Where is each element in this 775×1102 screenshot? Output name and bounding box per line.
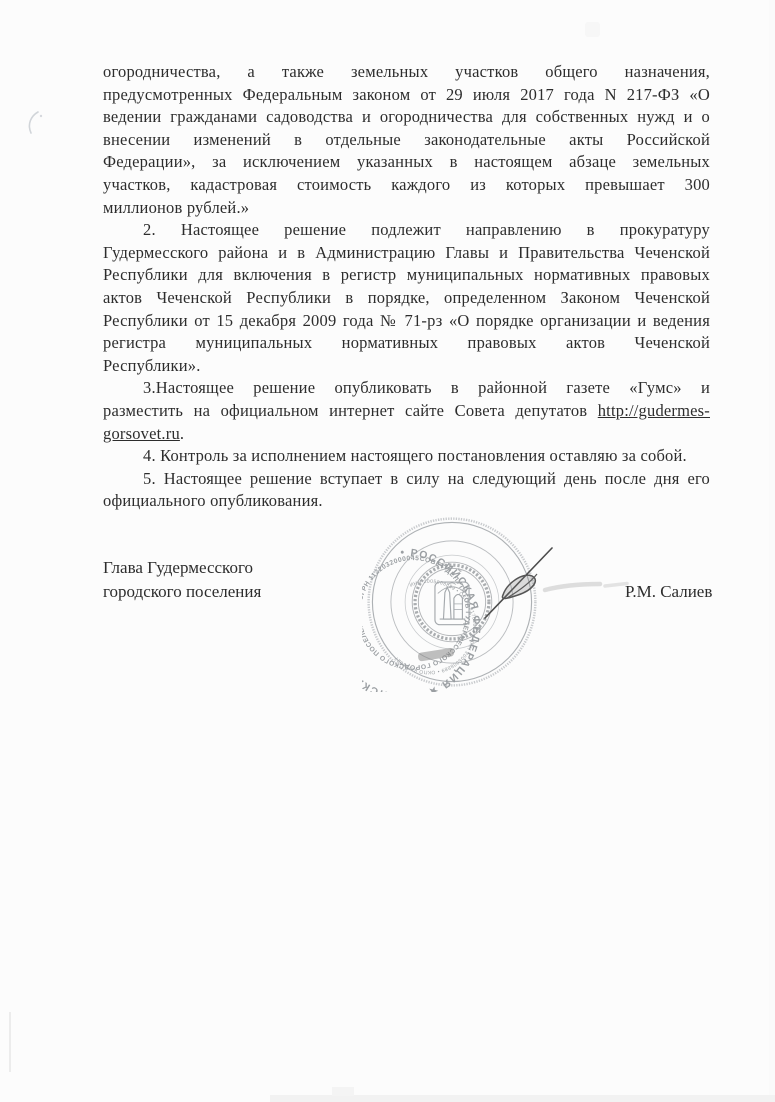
- text-line: gorsovet.ru.: [103, 423, 710, 446]
- text-line: 2. Настоящее решение подлежит направлени…: [103, 219, 710, 242]
- paragraph: 4. Контроль за исполнением настоящего по…: [103, 445, 710, 468]
- text-line: 5. Настоящее решение вступает в силу на …: [103, 468, 710, 491]
- website-link: gorsovet.ru: [103, 424, 180, 443]
- paragraph: 2. Настоящее решение подлежит направлени…: [103, 219, 710, 377]
- text-line: миллионов рублей.»: [103, 197, 710, 220]
- text-segment: Республики для включения в регистр муниц…: [103, 265, 710, 284]
- paragraph: 5. Настоящее решение вступает в силу на …: [103, 468, 710, 513]
- text-segment: 3.Настоящее решение опубликовать в район…: [143, 378, 710, 397]
- text-line: Федерации», за исключением указанных в н…: [103, 151, 710, 174]
- text-line: разместить на официальном интернет сайте…: [103, 400, 710, 423]
- text-segment: Гудермесского района и в Администрацию Г…: [103, 243, 710, 262]
- text-line: 3.Настоящее решение опубликовать в район…: [103, 377, 710, 400]
- text-segment: Федерации», за исключением указанных в н…: [103, 152, 710, 171]
- text-line: регистра муниципальных нормативных право…: [103, 332, 710, 355]
- document-body: огородничества, а также земельных участк…: [103, 61, 710, 513]
- text-line: 4. Контроль за исполнением настоящего по…: [103, 445, 710, 468]
- text-segment: актов Чеченской Республики в порядке, оп…: [103, 288, 710, 307]
- text-segment: огородничества, а также земельных участк…: [103, 62, 710, 81]
- signatory-title-line: городского поселения: [103, 580, 261, 604]
- text-segment: Республики от 15 декабря 2009 года № 71-…: [103, 311, 710, 330]
- text-segment: .: [180, 424, 184, 443]
- text-segment: участков, кадастровая стоимость каждого …: [103, 175, 710, 194]
- scan-smudge: [585, 22, 600, 37]
- paragraph: огородничества, а также земельных участк…: [103, 61, 710, 219]
- text-segment: ведении гражданами садоводства и огородн…: [103, 107, 710, 126]
- text-segment: Республики».: [103, 356, 201, 375]
- text-segment: внесении изменений в отдельные законодат…: [103, 130, 710, 149]
- pen-mark: [24, 108, 46, 140]
- paragraph: 3.Настоящее решение опубликовать в район…: [103, 377, 710, 445]
- signatory-title: Глава Гудермесского городского поселения: [103, 556, 261, 603]
- signature-stroke: [455, 540, 655, 650]
- text-segment: разместить на официальном интернет сайте…: [103, 401, 598, 420]
- text-line: Республики от 15 декабря 2009 года № 71-…: [103, 310, 710, 333]
- scan-edge-bottom: [270, 1095, 775, 1102]
- text-line: Республики для включения в регистр муниц…: [103, 264, 710, 287]
- text-line: Республики».: [103, 355, 710, 378]
- text-segment: 2. Настоящее решение подлежит направлени…: [143, 220, 710, 239]
- scan-edge-right: [769, 0, 775, 1102]
- text-line: внесении изменений в отдельные законодат…: [103, 129, 710, 152]
- text-segment: миллионов рублей.»: [103, 198, 249, 217]
- text-line: Гудермесского района и в Администрацию Г…: [103, 242, 710, 265]
- document-page: огородничества, а также земельных участк…: [0, 0, 775, 1102]
- text-line: предусмотренных Федеральным законом от 2…: [103, 84, 710, 107]
- scan-edge-notch: [332, 1087, 354, 1096]
- text-line: огородничества, а также земельных участк…: [103, 61, 710, 84]
- text-line: участков, кадастровая стоимость каждого …: [103, 174, 710, 197]
- signatory-title-line: Глава Гудермесского: [103, 556, 261, 580]
- text-segment: регистра муниципальных нормативных право…: [103, 333, 710, 352]
- scan-edge-left: [9, 1012, 11, 1072]
- text-segment: 4. Контроль за исполнением настоящего по…: [143, 446, 687, 465]
- website-link: http://gudermes-: [598, 401, 710, 420]
- text-line: официального опубликования.: [103, 490, 710, 513]
- text-line: актов Чеченской Республики в порядке, оп…: [103, 287, 710, 310]
- text-line: ведении гражданами садоводства и огородн…: [103, 106, 710, 129]
- text-segment: 5. Настоящее решение вступает в силу на …: [143, 469, 710, 488]
- text-segment: официального опубликования.: [103, 491, 323, 510]
- text-segment: предусмотренных Федеральным законом от 2…: [103, 85, 710, 104]
